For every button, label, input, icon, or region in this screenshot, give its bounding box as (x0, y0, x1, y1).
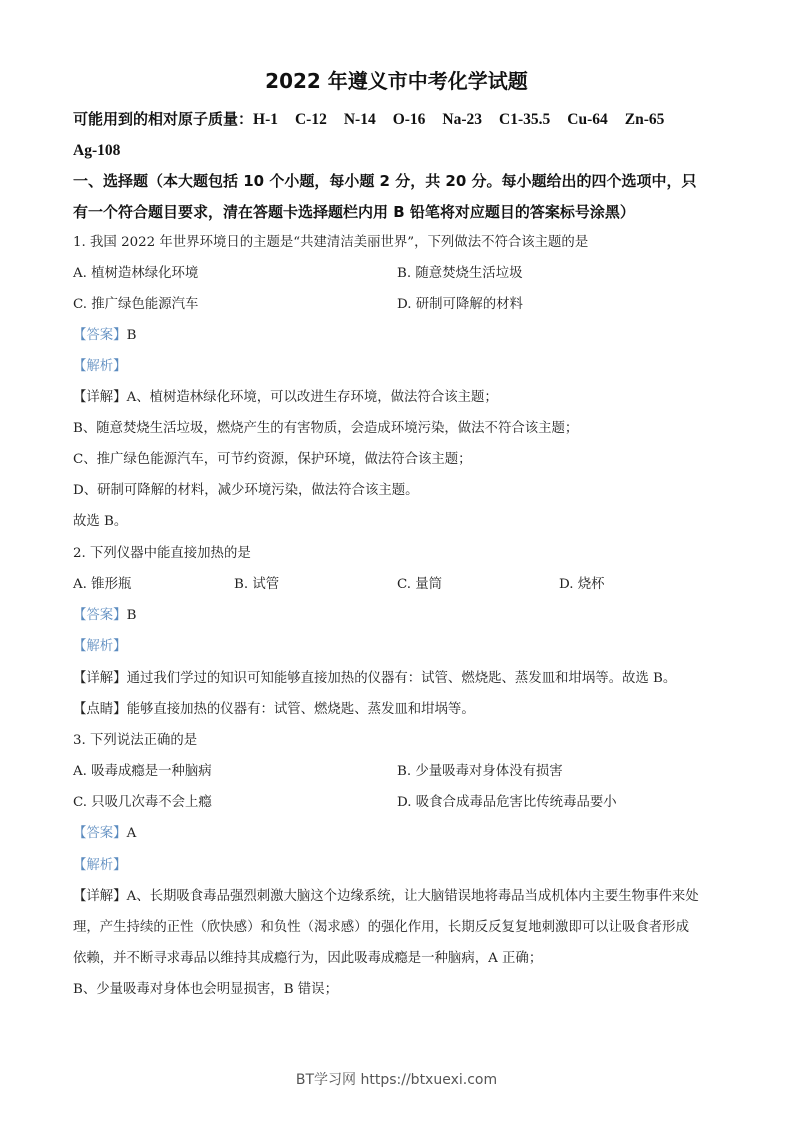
analysis-label: 【解析】 (73, 639, 127, 654)
question-1-detail-line: 【详解】A、植树造林绿化环境，可以改进生存环境，做法符合该主题； (73, 388, 729, 408)
question-3-answer: 【答案】A (73, 824, 729, 844)
question-3-analysis: 【解析】 (73, 856, 729, 876)
mass-item: N-14 (344, 110, 376, 130)
question-2-option-d: D. 烧杯 (559, 575, 605, 595)
mass-item: C-12 (295, 110, 327, 130)
answer-value: B (127, 608, 137, 623)
question-3-detail-line: B、少量吸毒对身体也会明显损害，B 错误； (73, 980, 729, 1000)
page-title: 2022 年遵义市中考化学试题 (0, 66, 793, 96)
answer-label: 【答案】 (73, 328, 127, 343)
mass-item: H-1 (253, 110, 278, 130)
question-2-option-c: C. 量筒 (397, 575, 442, 595)
question-1-stem: 1. 我国 2022 年世界环境日的主题是“共建清洁美丽世界”，下列做法不符合该… (73, 233, 729, 253)
question-3-option-d: D. 吸食合成毒品危害比传统毒品要小 (397, 793, 617, 813)
question-1-analysis: 【解析】 (73, 357, 729, 377)
question-1-option-b: B. 随意焚烧生活垃圾 (397, 264, 522, 284)
question-3-option-c: C. 只吸几次毒不会上瘾 (73, 793, 212, 813)
detail-text: A、长期吸食毒品强烈刺激大脑这个边缘系统，让大脑错误地将毒品当成机体内主要生物事… (127, 889, 699, 904)
section-heading-line-1: 一、选择题（本大题包括 10 个小题，每小题 2 分，共 20 分。每小题给出的… (73, 171, 729, 191)
answer-label: 【答案】 (73, 826, 127, 841)
question-3-stem: 3. 下列说法正确的是 (73, 731, 729, 751)
analysis-label: 【解析】 (73, 858, 127, 873)
question-2-analysis: 【解析】 (73, 637, 729, 657)
question-2-option-a: A. 锥形瓶 (73, 575, 131, 595)
question-3-detail-line: 【详解】A、长期吸食毒品强烈刺激大脑这个边缘系统，让大脑错误地将毒品当成机体内主… (73, 887, 729, 907)
highlight-text: 能够直接加热的仪器有：试管、燃烧匙、蒸发皿和坩埚等。 (127, 702, 475, 717)
mass-item: Cu-64 (567, 110, 607, 130)
highlight-label: 【点睛】 (73, 702, 127, 717)
question-1-option-c: C. 推广绿色能源汽车 (73, 295, 198, 315)
answer-label: 【答案】 (73, 608, 127, 623)
question-2-highlight: 【点睛】能够直接加热的仪器有：试管、燃烧匙、蒸发皿和坩埚等。 (73, 700, 729, 720)
mass-item: Na-23 (442, 110, 482, 130)
question-1-option-d: D. 研制可降解的材料 (397, 295, 523, 315)
question-2-option-b: B. 试管 (234, 575, 279, 595)
question-1-option-a: A. 植树造林绿化环境 (73, 264, 198, 284)
mass-item: Zn-65 (625, 110, 665, 130)
mass-item: C1-35.5 (499, 110, 550, 130)
answer-value: A (127, 826, 137, 841)
question-1-conclusion: 故选 B。 (73, 512, 729, 532)
atomic-masses-line: 可能用到的相对原子质量：H-1C-12N-14O-16Na-23C1-35.5C… (73, 109, 729, 130)
mass-item: O-16 (393, 110, 426, 130)
question-1-answer: 【答案】B (73, 326, 729, 346)
atomic-masses-overflow: Ag-108 (73, 140, 729, 161)
atomic-masses-label: 可能用到的相对原子质量： (73, 110, 253, 128)
question-3-option-a: A. 吸毒成瘾是一种脑病 (73, 762, 212, 782)
question-2-answer: 【答案】B (73, 606, 729, 626)
question-3-detail-line: 依赖，并不断寻求毒品以维持其成瘾行为，因此吸毒成瘾是一种脑病，A 正确； (73, 949, 729, 969)
answer-value: B (127, 328, 137, 343)
exam-page: 2022 年遵义市中考化学试题 可能用到的相对原子质量：H-1C-12N-14O… (0, 0, 793, 1122)
section-heading-line-2: 有一个符合题目要求，清在答题卡选择题栏内用 B 铅笔将对应题目的答案标号涂黑） (73, 202, 729, 222)
detail-text: 通过我们学过的知识可知能够直接加热的仪器有：试管、燃烧匙、蒸发皿和坩埚等。故选 … (127, 671, 677, 686)
detail-label: 【详解】 (73, 390, 127, 405)
question-3-detail-line: 理，产生持续的正性（欣快感）和负性（渴求感）的强化作用，长期反反复复地刺激即可以… (73, 918, 729, 938)
detail-label: 【详解】 (73, 671, 127, 686)
detail-text: A、植树造林绿化环境，可以改进生存环境，做法符合该主题； (127, 390, 498, 405)
analysis-label: 【解析】 (73, 359, 127, 374)
watermark: BT学习网 https://btxuexi.com (0, 1069, 793, 1089)
question-2-stem: 2. 下列仪器中能直接加热的是 (73, 544, 729, 564)
detail-label: 【详解】 (73, 889, 127, 904)
question-3-option-b: B. 少量吸毒对身体没有损害 (397, 762, 563, 782)
question-1-detail-line: C、推广绿色能源汽车，可节约资源，保护环境，做法符合该主题； (73, 450, 729, 470)
question-2-detail-line: 【详解】通过我们学过的知识可知能够直接加热的仪器有：试管、燃烧匙、蒸发皿和坩埚等… (73, 669, 729, 689)
question-1-detail-line: D、研制可降解的材料，减少环境污染，做法符合该主题。 (73, 481, 729, 501)
mass-item: Ag-108 (73, 141, 120, 161)
question-1-detail-line: B、随意焚烧生活垃圾，燃烧产生的有害物质，会造成环境污染，做法不符合该主题； (73, 419, 729, 439)
